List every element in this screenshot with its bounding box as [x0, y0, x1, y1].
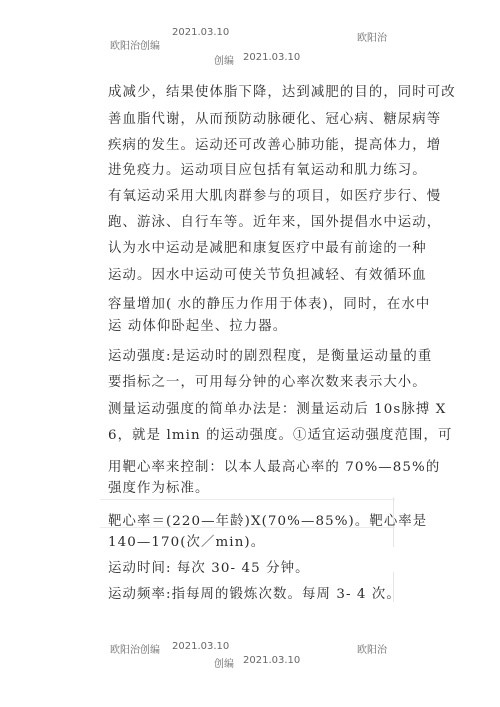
- formula-box-top: [100, 499, 395, 500]
- body-line: 疾病的发生。运动还可改善心肺功能，提高体力，增: [108, 134, 441, 153]
- body-line: 进免疫力。运动项目应包括有氧运动和肌力练习。: [108, 159, 427, 178]
- footer-author-right: 欧阳治: [357, 641, 387, 656]
- body-line: 6，就是 lmin 的运动强度。①适宜运动强度范围，可: [108, 424, 452, 443]
- footer-author-left: 欧阳治创编: [110, 641, 160, 656]
- footer-author-center: 创编: [214, 655, 234, 670]
- body-line: 用靶心率来控制：以本人最高心率的 70%—85%的: [108, 456, 440, 475]
- body-line: 运动频率:指每周的锻炼次数。每周 3- 4 次。: [108, 583, 401, 602]
- body-line: 跑、游泳、自行车等。近年来，国外提倡水中运动，: [108, 211, 441, 230]
- body-line: 运动强度:是运动时的剧烈程度，是衡量运动量的重: [108, 345, 432, 364]
- body-line: 善血脂代谢，从而预防动脉硬化、冠心病、糖尿病等: [108, 108, 441, 127]
- body-line: 认为水中运动是减肥和康复医疗中最有前途的一种: [108, 237, 427, 256]
- footer-date-center: 2021.03.10: [243, 655, 300, 666]
- header-author-left: 欧阳治创编: [110, 37, 160, 52]
- body-line: 运动。因水中运动可使关节负担减轻、有效循环血: [108, 264, 427, 283]
- header-author-right: 欧阳治: [357, 29, 387, 44]
- body-line: 成减少，结果使体脂下降，达到减肥的目的，同时可改: [108, 81, 456, 100]
- body-line: 有氧运动采用大肌肉群参与的项目，如医疗步行、慢: [108, 185, 441, 204]
- header-date-left: 2021.03.10: [172, 27, 229, 38]
- header-author-center: 创编: [214, 52, 234, 67]
- header-date-center: 2021.03.10: [243, 52, 300, 63]
- formula-line: 靶心率＝(220—年龄)X(70%—85%)。靶心率是: [108, 510, 427, 529]
- body-line: 要指标之一，可用每分钟的心率次数来表示大小。: [108, 371, 427, 390]
- footer-date-left: 2021.03.10: [172, 641, 229, 652]
- body-line: 容量增加( 水的静压力作用于体表)，同时，在水中: [108, 293, 430, 312]
- body-line: 运 动体仰卧起坐、拉力器。: [108, 315, 287, 334]
- body-line: 测量运动强度的简单办法是：测量运动后 10s脉搏 X: [108, 398, 446, 417]
- body-line: 强度作为标准。: [108, 477, 209, 496]
- body-line: 运动时间: 每次 30- 45 分钟。: [108, 557, 310, 576]
- formula-line: 140—170(次／min)。: [108, 531, 265, 550]
